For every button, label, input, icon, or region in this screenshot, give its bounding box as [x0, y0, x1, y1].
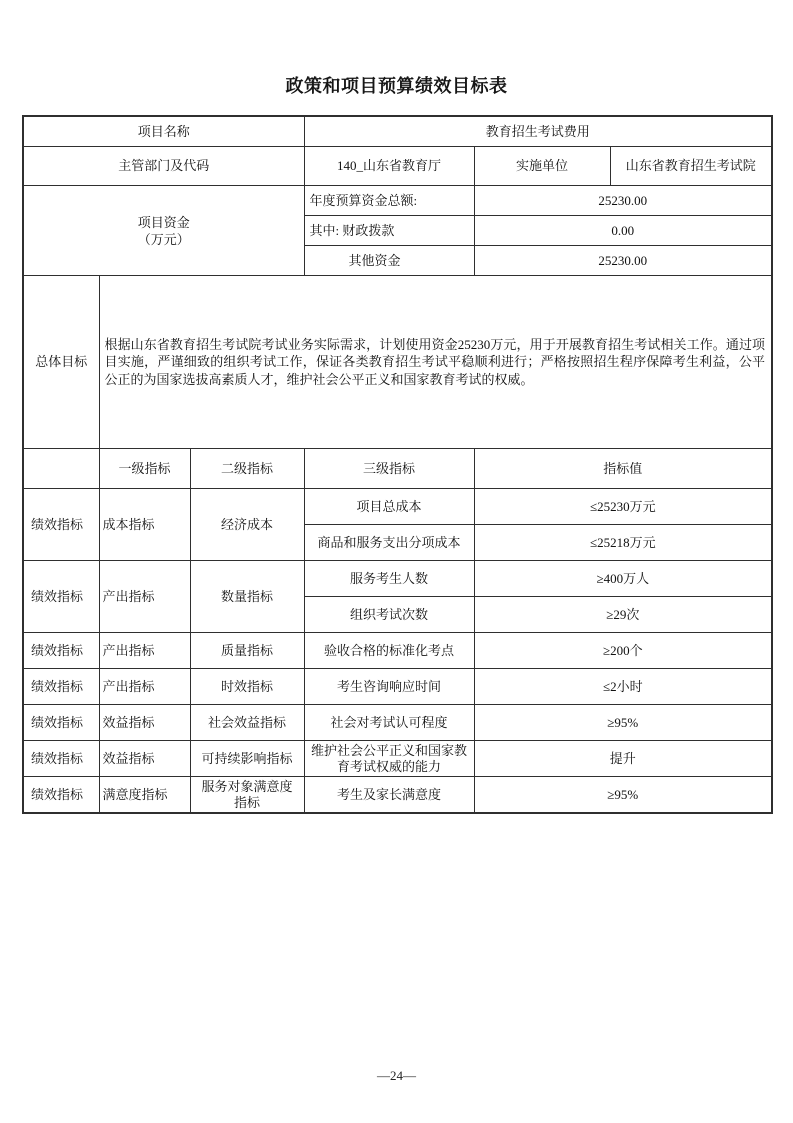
indicator-row: 绩效指标产出指标时效指标考生咨询响应时间≤2小时 — [23, 669, 772, 705]
funds-other-label: 其他资金 — [304, 246, 474, 276]
department-value: 140_山东省教育厅 — [304, 147, 474, 186]
indicator-row: 绩效指标产出指标数量指标服务考生人数≥400万人 — [23, 561, 772, 597]
implement-unit-label: 实施单位 — [474, 147, 610, 186]
indicator-category: 绩效指标 — [23, 741, 99, 777]
indicator-row: 绩效指标成本指标经济成本项目总成本≤25230万元 — [23, 489, 772, 525]
indicator-category: 绩效指标 — [23, 633, 99, 669]
indicator-header-row: 一级指标 二级指标 三级指标 指标值 — [23, 449, 772, 489]
overall-goal-label: 总体目标 — [23, 276, 99, 449]
overall-goal-row: 总体目标 根据山东省教育招生考试院考试业务实际需求，计划使用资金25230万元，… — [23, 276, 772, 449]
level3-indicator: 服务考生人数 — [304, 561, 474, 597]
indicator-corner-cell — [23, 449, 99, 489]
level1-header: 一级指标 — [99, 449, 190, 489]
document-page: 政策和项目预算绩效目标表 项目名称 教育招生考试费用 主管部门及代码 140_山… — [0, 0, 793, 1123]
level2-indicator: 数量指标 — [190, 561, 304, 633]
project-funds-label: 项目资金 （万元） — [23, 186, 304, 276]
indicator-value: 提升 — [474, 741, 772, 777]
level2-indicator: 经济成本 — [190, 489, 304, 561]
level1-indicator: 效益指标 — [99, 741, 190, 777]
indicator-row: 绩效指标满意度指标服务对象满意度指标考生及家长满意度≥95% — [23, 777, 772, 814]
level3-header: 三级指标 — [304, 449, 474, 489]
indicator-category: 绩效指标 — [23, 669, 99, 705]
performance-target-table: 项目名称 教育招生考试费用 主管部门及代码 140_山东省教育厅 实施单位 山东… — [22, 115, 773, 814]
funds-total-value: 25230.00 — [474, 186, 772, 216]
funds-total-label: 年度预算资金总额: — [304, 186, 474, 216]
indicator-value: ≥400万人 — [474, 561, 772, 597]
project-name-label: 项目名称 — [23, 116, 304, 147]
level1-indicator: 成本指标 — [99, 489, 190, 561]
level2-header: 二级指标 — [190, 449, 304, 489]
level3-indicator: 组织考试次数 — [304, 597, 474, 633]
level3-indicator: 社会对考试认可程度 — [304, 705, 474, 741]
page-number: —24— — [0, 1068, 793, 1084]
level2-indicator: 可持续影响指标 — [190, 741, 304, 777]
level1-indicator: 产出指标 — [99, 669, 190, 705]
implement-unit-value: 山东省教育招生考试院 — [610, 147, 772, 186]
table-body: 项目名称 教育招生考试费用 主管部门及代码 140_山东省教育厅 实施单位 山东… — [23, 116, 772, 813]
level2-indicator: 服务对象满意度指标 — [190, 777, 304, 814]
project-name-value: 教育招生考试费用 — [304, 116, 772, 147]
indicator-value: ≤2小时 — [474, 669, 772, 705]
indicator-value: ≤25218万元 — [474, 525, 772, 561]
indicator-row: 绩效指标产出指标质量指标验收合格的标准化考点≥200个 — [23, 633, 772, 669]
indicator-value: ≥200个 — [474, 633, 772, 669]
indicator-value: ≥95% — [474, 705, 772, 741]
level3-indicator: 验收合格的标准化考点 — [304, 633, 474, 669]
level1-indicator: 产出指标 — [99, 633, 190, 669]
funds-fiscal-value: 0.00 — [474, 216, 772, 246]
indicator-row: 绩效指标效益指标可持续影响指标维护社会公平正义和国家教育考试权威的能力提升 — [23, 741, 772, 777]
indicator-category: 绩效指标 — [23, 705, 99, 741]
indicator-value: ≥29次 — [474, 597, 772, 633]
indicator-category: 绩效指标 — [23, 489, 99, 561]
value-header: 指标值 — [474, 449, 772, 489]
funds-fiscal-label: 其中: 财政拨款 — [304, 216, 474, 246]
level2-indicator: 时效指标 — [190, 669, 304, 705]
indicator-category: 绩效指标 — [23, 777, 99, 814]
overall-goal-text: 根据山东省教育招生考试院考试业务实际需求，计划使用资金25230万元，用于开展教… — [99, 276, 772, 449]
level2-indicator: 社会效益指标 — [190, 705, 304, 741]
funds-other-value: 25230.00 — [474, 246, 772, 276]
indicator-value: ≥95% — [474, 777, 772, 814]
indicator-row: 绩效指标效益指标社会效益指标社会对考试认可程度≥95% — [23, 705, 772, 741]
department-row: 主管部门及代码 140_山东省教育厅 实施单位 山东省教育招生考试院 — [23, 147, 772, 186]
indicator-value: ≤25230万元 — [474, 489, 772, 525]
level3-indicator: 考生咨询响应时间 — [304, 669, 474, 705]
level3-indicator: 项目总成本 — [304, 489, 474, 525]
level3-indicator: 商品和服务支出分项成本 — [304, 525, 474, 561]
project-name-row: 项目名称 教育招生考试费用 — [23, 116, 772, 147]
indicator-category: 绩效指标 — [23, 561, 99, 633]
level2-indicator: 质量指标 — [190, 633, 304, 669]
department-label: 主管部门及代码 — [23, 147, 304, 186]
level1-indicator: 产出指标 — [99, 561, 190, 633]
level3-indicator: 维护社会公平正义和国家教育考试权威的能力 — [304, 741, 474, 777]
level1-indicator: 效益指标 — [99, 705, 190, 741]
funds-total-row: 项目资金 （万元） 年度预算资金总额: 25230.00 — [23, 186, 772, 216]
level1-indicator: 满意度指标 — [99, 777, 190, 814]
document-title: 政策和项目预算绩效目标表 — [0, 72, 793, 98]
level3-indicator: 考生及家长满意度 — [304, 777, 474, 814]
